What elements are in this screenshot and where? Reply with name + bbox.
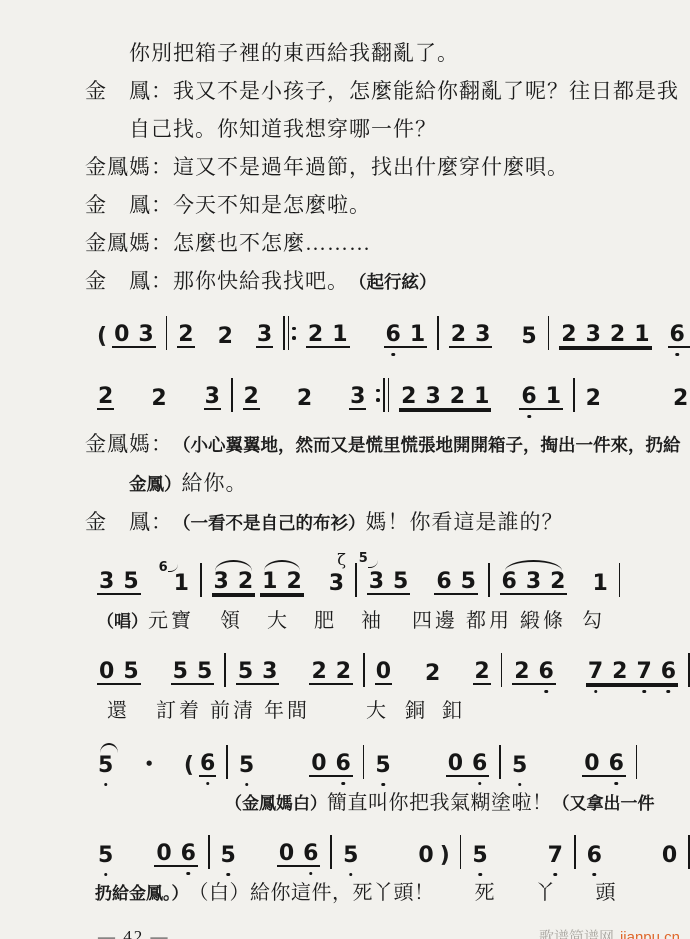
barline-stroke [688, 653, 690, 687]
stage-direction: 金鳳） [129, 465, 182, 503]
music-note: 5 [123, 571, 138, 593]
spacer [260, 785, 304, 786]
note-group: 12 [260, 571, 304, 595]
barline-stroke [437, 316, 439, 350]
octave-dot-icon [527, 415, 531, 419]
octave-dot-icon [187, 872, 191, 876]
lyric-word: 頭 [596, 876, 617, 905]
music-note: 5 [511, 755, 528, 777]
note-group: 32 [212, 571, 256, 595]
music-note: 3 [204, 386, 221, 410]
stage-direction: （起行絃） [349, 263, 437, 301]
octave-dot-icon [226, 873, 230, 877]
barline-stroke [574, 835, 576, 869]
octave-dot-icon [341, 782, 345, 786]
lyric-word: 簡直叫你把我氣糊塗啦！ [327, 786, 553, 815]
octave-dot-icon [104, 873, 108, 877]
barline [355, 563, 357, 597]
speaker-label: 金鳳媽： [85, 148, 173, 186]
music-note: 2 [550, 571, 565, 593]
note-group: 65 [434, 571, 478, 595]
music-note: 3 [475, 324, 490, 346]
dialogue-line: 你別把箱子裡的東西給我翻亂了。 [0, 34, 690, 72]
octave-dot-icon [478, 873, 482, 877]
barline-stroke [226, 745, 228, 779]
music-text: ( [184, 755, 194, 777]
note-group: 55 [171, 661, 215, 685]
music-note: 6 [181, 843, 196, 865]
stage-direction: （一看不是自己的布衫） [173, 504, 366, 542]
grace-note: 6 [159, 554, 168, 576]
music-line-6: 50650650)5760 [0, 828, 690, 876]
music-note: 6 [436, 571, 451, 593]
music-note: 2 [336, 661, 351, 683]
music-note: 0 [156, 843, 171, 865]
music-note: 2 [308, 324, 323, 346]
vocal-system-2: 05555322022267276 還訂着前清年間大銅釦 [0, 646, 690, 730]
music-note: 1 [410, 324, 425, 346]
octave-dot-icon [391, 353, 395, 357]
augmentation-dot: • [144, 757, 154, 772]
barline [363, 653, 365, 687]
grace-slur-icon [368, 559, 378, 568]
grace-note-digit: 6 [159, 560, 168, 575]
octave-dot-icon [594, 690, 598, 694]
slur-icon [264, 560, 301, 571]
barline-stroke [573, 378, 575, 412]
speaker-label: 金 鳳： [85, 262, 173, 300]
spacer [496, 418, 514, 419]
music-note: 6 [199, 753, 216, 777]
music-note: 2 [97, 386, 114, 410]
music-note: 6 [386, 324, 401, 346]
dialogue-line: 金鳳媽：怎麼也不怎麼……… [0, 224, 690, 262]
dialogue-block-1: 你別把箱子裡的東西給我翻亂了。金 鳳：我又不是小孩子，怎麼能給你翻亂了呢？往日都… [0, 34, 690, 301]
octave-dot-icon [614, 782, 618, 786]
note-group: 61 [519, 386, 563, 410]
grace-note: 5 [359, 550, 368, 566]
note-group: 06 [582, 753, 626, 777]
music-note: 2 [514, 661, 529, 683]
page-footer: — 42 — 歌谱简谱网jianpu.cn [0, 926, 690, 939]
lyric-word: 四邊 [412, 604, 458, 633]
barline-stroke [200, 563, 202, 597]
barline [619, 563, 621, 597]
music-note: 7 [547, 845, 564, 867]
barline [636, 745, 638, 779]
lyric-word: 銅 [405, 694, 428, 723]
music-note: 1 [262, 571, 277, 593]
music-note: 2 [286, 571, 301, 593]
dialogue-text: 今天不知是怎麼啦。 [173, 186, 371, 224]
dialogue-line: 金鳳媽：這又不是過年過節，找出什麼穿什麼唄。 [0, 148, 690, 186]
note-group: 35 [97, 571, 141, 595]
wave-ornament-icon: ζ [337, 552, 346, 568]
barline-stroke [224, 653, 226, 687]
stage-direction: （又拿出一件 [553, 789, 655, 814]
barline-stroke [330, 835, 332, 869]
spacer [657, 356, 663, 357]
barline [488, 563, 490, 597]
lyric-line-1: （唱）元寶領大肥袖四邊都用緞條勾 [0, 604, 690, 640]
note-group: 61 [384, 324, 428, 348]
music-note: 3 [256, 324, 273, 348]
music-note: 0 [279, 843, 294, 865]
barline-stroke [619, 563, 621, 597]
dialogue-line: 金 鳳：（一看不是自己的布衫）媽！你看這是誰的？ [0, 503, 690, 542]
lyric-line-2: 還訂着前清年間大銅釦 [0, 694, 690, 730]
repeat-dots-icon [376, 378, 380, 412]
music-note: 2 [473, 661, 490, 685]
music-note: 16 [173, 573, 190, 595]
barline [363, 745, 365, 779]
barline [231, 378, 233, 412]
dialogue-line: 自己找。你知道我想穿哪一件？ [0, 110, 690, 148]
dialogue-text: 我又不是小孩子，怎麼能給你翻亂了呢？往日都是我 [173, 72, 679, 110]
music-note: 2 [451, 324, 466, 346]
music-note: 2 [311, 661, 326, 683]
octave-dot-icon [675, 353, 679, 357]
stage-direction: （金鳳媽白） [225, 789, 327, 814]
music-note: 5 [238, 755, 255, 777]
barline [574, 835, 576, 869]
grace-slur-icon [168, 563, 178, 572]
dialogue-line: 金 鳳：我又不是小孩子，怎麼能給你翻亂了呢？往日都是我 [0, 72, 690, 110]
music-note: 2 [612, 661, 627, 683]
lyric-word: 勾 [582, 604, 605, 633]
watermark: 歌谱简谱网jianpu.cn [539, 926, 680, 939]
music-note: 0 [417, 845, 434, 867]
dialogue-text: 給你。 [182, 464, 248, 502]
spoken-line-2: 扔給金鳳。）（白）給你這件，死丫頭！死丫頭 [0, 876, 690, 912]
dialogue-line: 金鳳媽：（小心翼翼地，然而又是慌里慌張地開開箱子，掏出一件來，扔給 [0, 425, 690, 464]
note-group: 21 [306, 324, 350, 348]
barline [460, 835, 462, 869]
barline [548, 316, 550, 350]
music-note: 3 [586, 324, 601, 346]
music-note: 3 [138, 324, 153, 346]
spacer [119, 875, 149, 876]
music-note: 6 [661, 661, 676, 683]
instrumental-intro: (032232161235232161 22322323216122) [0, 309, 690, 419]
dialogue-text: 自己找。你知道我想穿哪一件？ [129, 110, 437, 148]
note-group: 26 [512, 661, 556, 685]
barline-stroke [383, 378, 385, 412]
music-note: 3 [214, 571, 229, 593]
barline-stroke [166, 316, 168, 350]
octave-dot-icon [667, 690, 671, 694]
page-number: — 42 — [98, 927, 170, 939]
barline [437, 316, 439, 350]
note-group: 06 [277, 843, 321, 867]
music-note: 3 [526, 571, 541, 593]
music-note: 2 [217, 326, 234, 348]
barline [226, 745, 228, 779]
tie-icon [100, 743, 118, 753]
watermark-site-name: 歌谱简谱网 [539, 929, 614, 939]
music-note: 2 [585, 388, 602, 410]
octave-dot-icon [381, 783, 385, 787]
dialogue-text: 你別把箱子裡的東西給我翻亂了。 [129, 34, 459, 72]
octave-dot-icon [349, 873, 353, 877]
music-line-1: (032232161235232161 [0, 309, 690, 357]
music-note: 6 [586, 845, 603, 867]
note-group: 53 [236, 661, 280, 685]
music-note: 6 [472, 753, 487, 775]
slur-icon [215, 560, 252, 571]
music-note: 1 [546, 386, 561, 408]
music-note: 5 [471, 845, 488, 867]
music-note: 0 [114, 324, 129, 346]
barline [330, 835, 332, 869]
music-note: 6 [670, 324, 685, 346]
barline [688, 653, 690, 687]
music-note: 0 [375, 661, 392, 685]
barline-stroke [488, 563, 490, 597]
music-note: 5 [238, 661, 253, 683]
vocal-system-1: 351632123ζ355656321 （唱）元寶領大肥袖四邊都用緞條勾 [0, 556, 690, 640]
spacer [607, 418, 667, 419]
music-note: 6 [336, 753, 351, 775]
watermark-domain: jianpu.cn [620, 929, 680, 939]
lyric-word: 大 [267, 604, 290, 633]
music-line-5: 5•(6506506506 [0, 738, 690, 786]
speaker-label: 金鳳媽： [85, 224, 173, 262]
music-note: 0 [661, 845, 678, 867]
music-note: 1 [634, 324, 649, 346]
stage-direction: 扔給金鳳。） [95, 879, 189, 904]
music-note: 5 [461, 571, 476, 593]
barline [208, 835, 210, 869]
barline [166, 316, 168, 350]
music-note: 6 [502, 571, 517, 593]
barline-stroke [363, 653, 365, 687]
lyric-word: 緞條 [520, 604, 566, 633]
vocal-system-4: 50650650)5760 扔給金鳳。）（白）給你這件，死丫頭！死丫頭 [0, 828, 690, 912]
lyric-word: 前清 [210, 694, 256, 723]
octave-dot-icon [478, 782, 482, 786]
music-note: 2 [150, 388, 167, 410]
barline-stroke [208, 835, 210, 869]
music-note: 1 [474, 386, 489, 408]
octave-dot-icon [544, 690, 548, 694]
note-group: 2321 [559, 324, 651, 348]
note-group: 22 [309, 661, 353, 685]
repeat-barline [376, 378, 389, 412]
music-note: 6 [303, 843, 318, 865]
music-text: ) [440, 845, 450, 867]
music-note: 1 [591, 573, 608, 595]
music-note: 6 [609, 753, 624, 775]
dialogue-text: 怎麼也不怎麼……… [173, 224, 371, 262]
music-note: 5 [97, 755, 114, 777]
lyric-word: （白）給你這件，死丫頭！ [189, 876, 435, 905]
music-note: 0 [584, 753, 599, 775]
lyric-word: 訂着 [156, 694, 202, 723]
music-note: 3 [425, 386, 440, 408]
music-note: 5 [97, 845, 114, 867]
stage-direction: （小心翼翼地，然而又是慌里慌張地開開箱子，掏出一件來，扔給 [173, 426, 681, 464]
octave-dot-icon [104, 783, 108, 787]
barline-stroke [636, 745, 638, 779]
note-group: 23 [449, 324, 493, 348]
barline [499, 745, 501, 779]
spacer [318, 418, 344, 419]
music-note: 2 [424, 663, 441, 685]
music-note: 2 [238, 571, 253, 593]
lyric-word: 死 [475, 876, 496, 905]
spacer [173, 418, 199, 419]
octave-dot-icon [518, 783, 522, 787]
lyric-word: 袖 [361, 604, 384, 633]
stage-direction: （唱） [97, 607, 148, 632]
music-note: 2 [450, 386, 465, 408]
music-note: 2 [610, 324, 625, 346]
music-note: 7 [636, 661, 651, 683]
spacer [265, 418, 291, 419]
spoken-line-1: （金鳳媽白）簡直叫你把我氣糊塗啦！（又拿出一件 [0, 786, 690, 822]
note-group: 06 [446, 753, 490, 777]
music-note: 3 [99, 571, 114, 593]
dialogue-text: 媽！你看這是誰的？ [366, 503, 564, 541]
music-note: 1 [332, 324, 347, 346]
music-note: 2 [561, 324, 576, 346]
repeat-barline [283, 316, 296, 350]
music-line-3: 351632123ζ355656321 [0, 556, 690, 604]
music-note: 2 [672, 388, 689, 410]
music-note: 6 [539, 661, 554, 683]
lyric-word: 年間 [264, 694, 310, 723]
barline-stroke [388, 378, 390, 412]
lyric-word: 肥 [314, 604, 337, 633]
music-line-2: 22322323216122) [0, 371, 690, 419]
dialogue-line: 金 鳳：今天不知是怎麼啦。 [0, 186, 690, 224]
music-note: 7 [588, 661, 603, 683]
lyric-word: 領 [220, 604, 243, 633]
dialogue-text: 那你快給我找吧。 [173, 262, 349, 300]
note-group: 06 [154, 843, 198, 867]
barline-stroke [460, 835, 462, 869]
barline-stroke [548, 316, 550, 350]
music-note: 5 [374, 755, 391, 777]
spacer [239, 356, 251, 357]
spacer [561, 693, 581, 694]
barline-stroke [283, 316, 285, 350]
music-note: 0 [99, 661, 114, 683]
slur-icon [505, 560, 562, 571]
octave-dot-icon [245, 783, 249, 787]
music-note: 5 [173, 661, 188, 683]
lyric-word: 元寶 [148, 604, 194, 633]
dialogue-text: 這又不是過年過節，找出什麼穿什麼唄。 [173, 148, 569, 186]
music-note: 2 [296, 388, 313, 410]
music-note: 5 [220, 845, 237, 867]
barline-stroke [355, 563, 357, 597]
barline [573, 378, 575, 412]
spacer [159, 785, 179, 786]
vocal-system-3: 5•(6506506506 （金鳳媽白）簡直叫你把我氣糊塗啦！（又拿出一件 [0, 738, 690, 822]
spacer [355, 356, 379, 357]
grace-note-digit: 5 [359, 551, 368, 566]
music-note: 0 [448, 753, 463, 775]
music-note: 2 [243, 386, 260, 410]
music-note: 5 [342, 845, 359, 867]
octave-dot-icon [309, 872, 313, 876]
note-group: 05 [97, 661, 141, 685]
octave-dot-icon [642, 690, 646, 694]
lyric-word: 釦 [442, 694, 465, 723]
speaker-label: 金 鳳： [85, 186, 173, 224]
spacer [119, 418, 145, 419]
lyric-word: 丫 [535, 876, 556, 905]
spacer [497, 356, 515, 357]
music-line-4: 05555322022267276 [0, 646, 690, 694]
lyric-word: 還 [107, 694, 130, 723]
note-group: 06 [309, 753, 353, 777]
barline [224, 653, 226, 687]
music-note: 5 [197, 661, 212, 683]
barline [200, 563, 202, 597]
octave-dot-icon [592, 873, 596, 877]
barline-stroke [499, 745, 501, 779]
music-note: 2 [177, 324, 194, 348]
speaker-label: 金鳳媽： [85, 425, 173, 463]
note-group: 632 [500, 571, 568, 595]
barline [501, 653, 503, 687]
speaker-label: 金 鳳： [85, 72, 173, 110]
score-page: 你別把箱子裡的東西給我翻亂了。金 鳳：我又不是小孩子，怎麼能給你翻亂了呢？往日都… [0, 0, 690, 939]
note-group: 03 [112, 324, 156, 348]
spacer [200, 356, 212, 357]
music-note: 0 [311, 753, 326, 775]
music-note: 3 [349, 386, 366, 410]
lyric-word: 都用 [466, 604, 512, 633]
music-note: 2 [401, 386, 416, 408]
note-group: 2321 [399, 386, 491, 410]
music-note: 3 [262, 661, 277, 683]
barline-stroke [363, 745, 365, 779]
music-note: 5 [393, 571, 408, 593]
music-text: ( [97, 326, 107, 348]
repeat-dots-icon [292, 316, 296, 350]
lyric-word: 大 [366, 694, 389, 723]
dialogue-line: 金鳳）給你。 [0, 464, 690, 503]
octave-dot-icon [206, 782, 210, 786]
music-note: 5 [123, 661, 138, 683]
music-note: 3 [369, 571, 384, 593]
speaker-label: 金 鳳： [85, 503, 173, 541]
note-group: 61 [668, 324, 690, 348]
music-note: 5 [520, 326, 537, 348]
music-note: 6 [521, 386, 536, 408]
barline-stroke [288, 316, 290, 350]
dialogue-line: 金 鳳：那你快給我找吧。（起行絃） [0, 262, 690, 301]
barline-stroke [501, 653, 503, 687]
music-note: 3ζ [328, 573, 345, 595]
octave-dot-icon [554, 873, 558, 877]
barline-stroke [231, 378, 233, 412]
note-group: 7276 [586, 661, 678, 685]
spacer [119, 785, 139, 786]
dialogue-block-2: 金鳳媽：（小心翼翼地，然而又是慌里慌張地開開箱子，掏出一件來，扔給金鳳）給你。金… [0, 425, 690, 542]
note-group: 355 [367, 571, 411, 595]
